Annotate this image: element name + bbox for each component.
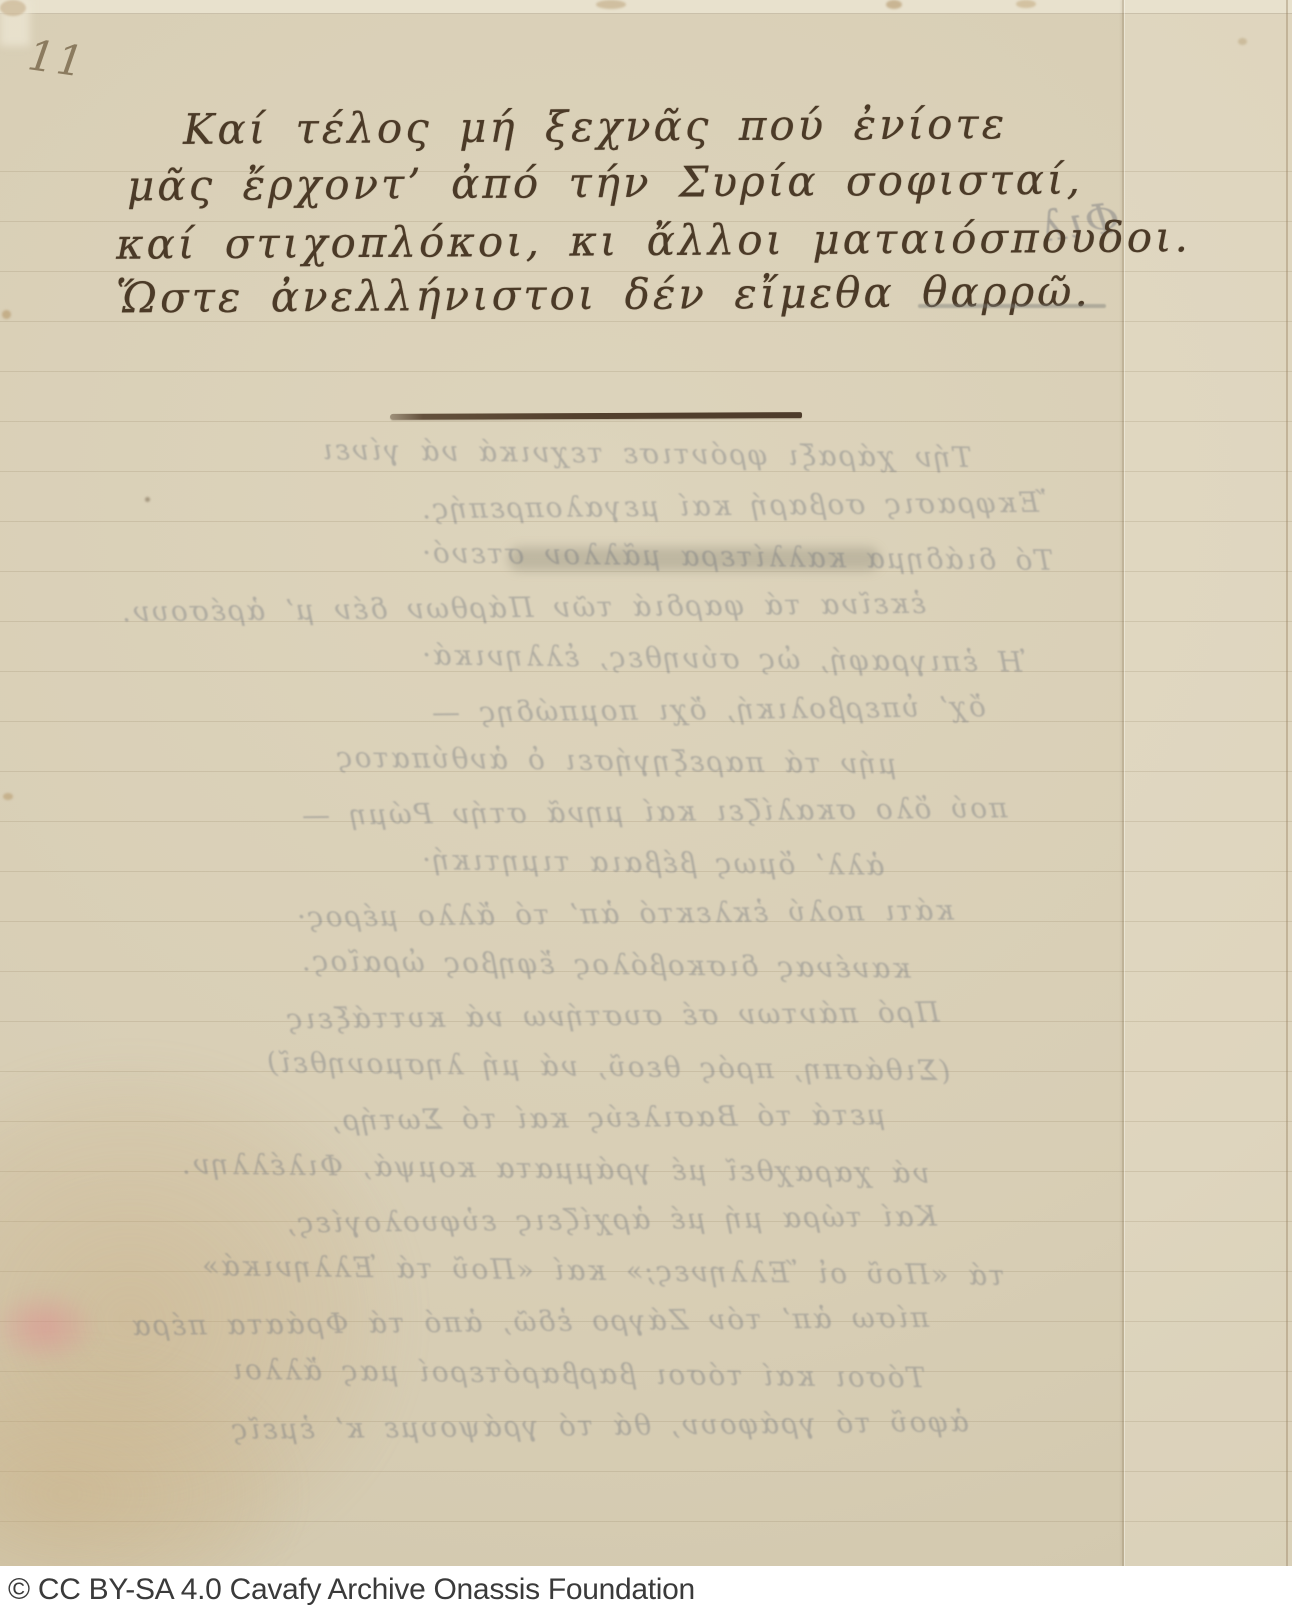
bleedthrough-line: ὄχ’ ὑπερβολική, ὄχι πομπώδης — <box>430 693 986 727</box>
poem-line: Καί τέλος μή ξεχνᾶς πού ἐνίοτε <box>183 103 1007 151</box>
bleedthrough-line: Τό διάδημα καλλίτερα μᾶλλον στενό· <box>420 539 1053 575</box>
poem-line: μᾶς ἔρχοντ’ ἀπό τήν Συρία σοφισταί, <box>127 159 1083 208</box>
attribution-bar: © CC BY-SA 4.0 Cavafy Archive Onassis Fo… <box>0 1566 1292 1614</box>
sheet-top-edge <box>0 0 1292 14</box>
bleedthrough-line: Τήν χάραξι φρόντισε τεχνικά νά γίνει <box>320 436 972 472</box>
poem-line: καί στιχοπλόκοι, κι ἄλλοι ματαιόσπουδοι. <box>116 216 1191 266</box>
bleedthrough-line: κάτι πολύ ἐκλεκτό ἀπ’ τό ἄλλο μέρος· <box>295 897 954 932</box>
attribution-text: © CC BY-SA 4.0 Cavafy Archive Onassis Fo… <box>0 1573 695 1607</box>
bleedthrough-line: (Σιθάσπη, πρός θεοῦ, νά μή λησμονηθεῖ) <box>265 1049 951 1085</box>
sheet-right-edge <box>1286 0 1288 1566</box>
paper-speck <box>596 0 626 9</box>
poem-line: Ὥστε ἀνελλήνιστοι δέν εἴμεθα θαρρῶ. <box>116 271 1091 320</box>
bleedthrough-line: Τόσοι καί τόσοι βαρβαρότεροί μας ἄλλοι <box>230 1356 926 1392</box>
bleedthrough-line: Καί τώρα μή μέ ἀρχίζεις εὐφυολογίες, <box>285 1203 937 1238</box>
bleedthrough-line: Ἡ ἐπιγραφή, ὡς σύνηθες, ἑλληνικά· <box>420 641 1026 676</box>
bleedthrough-line: ἀλλ’ ὅμως βέβαια τιμητική· <box>420 846 885 880</box>
bleedthrough-line: πού ὅλο σκαλίζει καί μηνᾶ στήν Ρώμη — <box>300 794 1008 829</box>
fold-crease <box>1122 0 1124 1566</box>
paper-speck <box>145 497 150 502</box>
paper-speck <box>3 793 13 800</box>
manuscript-scan: Τήν χάραξι φρόντισε τεχνικά νά γίνειἜκφρ… <box>0 0 1292 1614</box>
paper-sheet: Τήν χάραξι φρόντισε τεχνικά νά γίνειἜκφρ… <box>0 0 1292 1566</box>
bleedthrough-line: Ἔκφρασις σοβαρή καί μεγαλοπρεπής. <box>420 489 1047 524</box>
bleedthrough-line: Πρό πάντων σέ συστήνω νά κυττάξεις <box>285 999 940 1034</box>
paper-speck <box>0 0 26 16</box>
pencil-line <box>918 304 1106 308</box>
page-number: 11 <box>25 30 89 87</box>
bleedthrough-line: πίσω ἀπ’ τόν Ζάγρο ἐδῶ, ἀπό τά Φράατα πέ… <box>130 1304 929 1340</box>
paper-speck <box>2 310 11 319</box>
ruled-lines <box>0 122 1292 1566</box>
paper-speck <box>1016 0 1036 8</box>
bleedthrough-line: ἐκεῖνα τά φαρδιά τῶν Πάρθων δέν μ’ ἀρέσο… <box>120 590 926 626</box>
bleedthrough-line: μήν τά παρεξηγήσει ὁ ἀνθύπατος <box>335 744 897 779</box>
bleedthrough-line: μετά τό Βασιλεύς καί τό Σωτήρ, <box>330 1101 886 1135</box>
paper-speck <box>1238 38 1247 45</box>
bleedthrough-line: κανένας δισκοβόλος ἔφηβος ὡραῖος. <box>300 947 911 982</box>
paper-speck <box>886 0 902 9</box>
bleedthrough-line: ἀφοῦ τό γράφουν, θά τό γράψουμε κ’ ἐμεῖς <box>230 1408 969 1444</box>
